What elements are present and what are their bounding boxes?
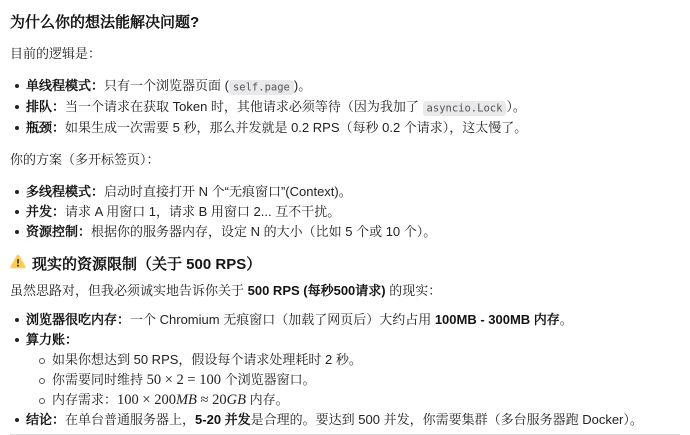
list-text: 根据你的服务器内存，设定 N 的大小（比如 5 个或 10 个）。	[91, 224, 436, 239]
list-text: 当一个请求在获取 Token 时，其他请求必须等待（因为我加了	[65, 99, 423, 114]
sublist-item-memory-math: 内存需求：100 × 200MB ≈ 20GB 内存。	[26, 390, 680, 410]
plan-list: 多线程模式：启动时直接打开 N 个“无痕窗口”(Context)。 并发：请求 …	[10, 182, 680, 242]
list-item-resource-control: 资源控制：根据你的服务器内存，设定 N 的大小（比如 5 个或 10 个）。	[10, 222, 680, 242]
section-heading-reality: 现实的资源限制（关于 500 RPS）	[10, 254, 680, 275]
list-item-single-thread: 单线程模式：只有一个浏览器页面 (self.page)。	[10, 76, 680, 97]
list-text: 如果生成一次需要 5 秒，那么并发就是 0.2 RPS（每秒 0.2 个请求），…	[65, 120, 527, 135]
section-heading-why: 为什么你的想法能解决问题?	[10, 12, 680, 33]
current-logic-list: 单线程模式：只有一个浏览器页面 (self.page)。 排队：当一个请求在获取…	[10, 76, 680, 138]
reality-list: 浏览器很吃内存：一个 Chromium 无痕窗口（加载了网页后）大约占用 100…	[10, 310, 680, 430]
plan-intro-paragraph: 你的方案（多开标签页）：	[10, 150, 680, 170]
list-text: 是合理的。要达到 500 并发，你需要集群（多台服务器跑 Docker）。	[251, 412, 643, 427]
reality-intro-paragraph: 虽然思路对，但我必须诚实地告诉你关于 500 RPS (每秒500请求) 的现实…	[10, 281, 680, 301]
list-term: 排队：	[26, 99, 65, 114]
math-expression: 50 × 2 = 100	[147, 372, 221, 388]
inline-code-asyncio-lock: asyncio.Lock	[423, 101, 507, 117]
list-text: )。	[294, 78, 311, 93]
list-text: 一个 Chromium 无痕窗口（加载了网页后）大约占用	[130, 312, 435, 327]
list-term: 结论：	[26, 412, 65, 427]
math-expression: 100 × 200	[117, 392, 176, 408]
list-term: 单线程模式：	[26, 78, 104, 93]
list-item-queue: 排队：当一个请求在获取 Token 时，其他请求必须等待（因为我加了 async…	[10, 97, 680, 118]
paragraph-text: 虽然思路对，但我必须诚实地告诉你关于	[10, 283, 248, 298]
list-text: 。	[560, 312, 573, 327]
bold-text-500rps: 500 RPS (每秒500请求)	[248, 283, 386, 298]
list-term: 浏览器很吃内存：	[26, 312, 130, 327]
list-text: 如果你想达到 50 RPS，假设每个请求处理耗时 2 秒。	[52, 352, 362, 367]
list-text: 在单台普通服务器上，	[65, 412, 195, 427]
list-text: ）。	[506, 99, 526, 114]
list-term: 多线程模式：	[26, 184, 104, 199]
list-text: 个浏览器窗口。	[221, 372, 316, 387]
list-item-multithread: 多线程模式：启动时直接打开 N 个“无痕窗口”(Context)。	[10, 182, 680, 202]
list-text: 内存需求：	[52, 392, 117, 407]
list-text: 启动时直接打开 N 个“无痕窗口”(Context)。	[104, 184, 352, 199]
section-heading-text: 现实的资源限制（关于 500 RPS）	[32, 254, 261, 275]
intro-paragraph: 目前的逻辑是：	[10, 44, 680, 64]
list-item-conclusion: 结论：在单台普通服务器上，5-20 并发是合理的。要达到 500 并发，你需要集…	[10, 410, 680, 430]
inline-code-self-page: self.page	[229, 80, 294, 96]
list-item-bottleneck: 瓶颈：如果生成一次需要 5 秒，那么并发就是 0.2 RPS（每秒 0.2 个请…	[10, 118, 680, 138]
sublist-item-windows-math: 你需要同时维持 50 × 2 = 100 个浏览器窗口。	[26, 370, 680, 390]
list-text: 你需要同时维持	[52, 372, 147, 387]
math-variable-gb: GB	[227, 392, 246, 408]
list-term: 算力账：	[26, 332, 78, 347]
document-body: 为什么你的想法能解决问题? 目前的逻辑是： 单线程模式：只有一个浏览器页面 (s…	[0, 0, 690, 435]
sublist-item-target-rps: 如果你想达到 50 RPS，假设每个请求处理耗时 2 秒。	[26, 350, 680, 370]
list-item-compute-budget: 算力账： 如果你想达到 50 RPS，假设每个请求处理耗时 2 秒。 你需要同时…	[10, 330, 680, 410]
list-term: 并发：	[26, 204, 65, 219]
list-item-concurrency: 并发：请求 A 用窗口 1，请求 B 用窗口 2... 互不干扰。	[10, 202, 680, 222]
list-item-memory-hungry: 浏览器很吃内存：一个 Chromium 无痕窗口（加载了网页后）大约占用 100…	[10, 310, 680, 330]
bold-text-concurrency: 5-20 并发	[195, 412, 251, 427]
paragraph-text: 的现实：	[386, 283, 442, 298]
list-text: 内存。	[246, 392, 289, 407]
list-term: 瓶颈：	[26, 120, 65, 135]
math-variable-mb: MB	[176, 392, 197, 408]
math-expression: ≈ 20	[197, 392, 227, 408]
list-term: 资源控制：	[26, 224, 91, 239]
list-text: 请求 A 用窗口 1，请求 B 用窗口 2... 互不干扰。	[65, 204, 340, 219]
bold-text-memory-range: 100MB - 300MB 内存	[435, 312, 560, 327]
warning-icon	[10, 254, 26, 275]
compute-sublist: 如果你想达到 50 RPS，假设每个请求处理耗时 2 秒。 你需要同时维持 50…	[26, 350, 680, 410]
list-text: 只有一个浏览器页面 (	[104, 78, 229, 93]
